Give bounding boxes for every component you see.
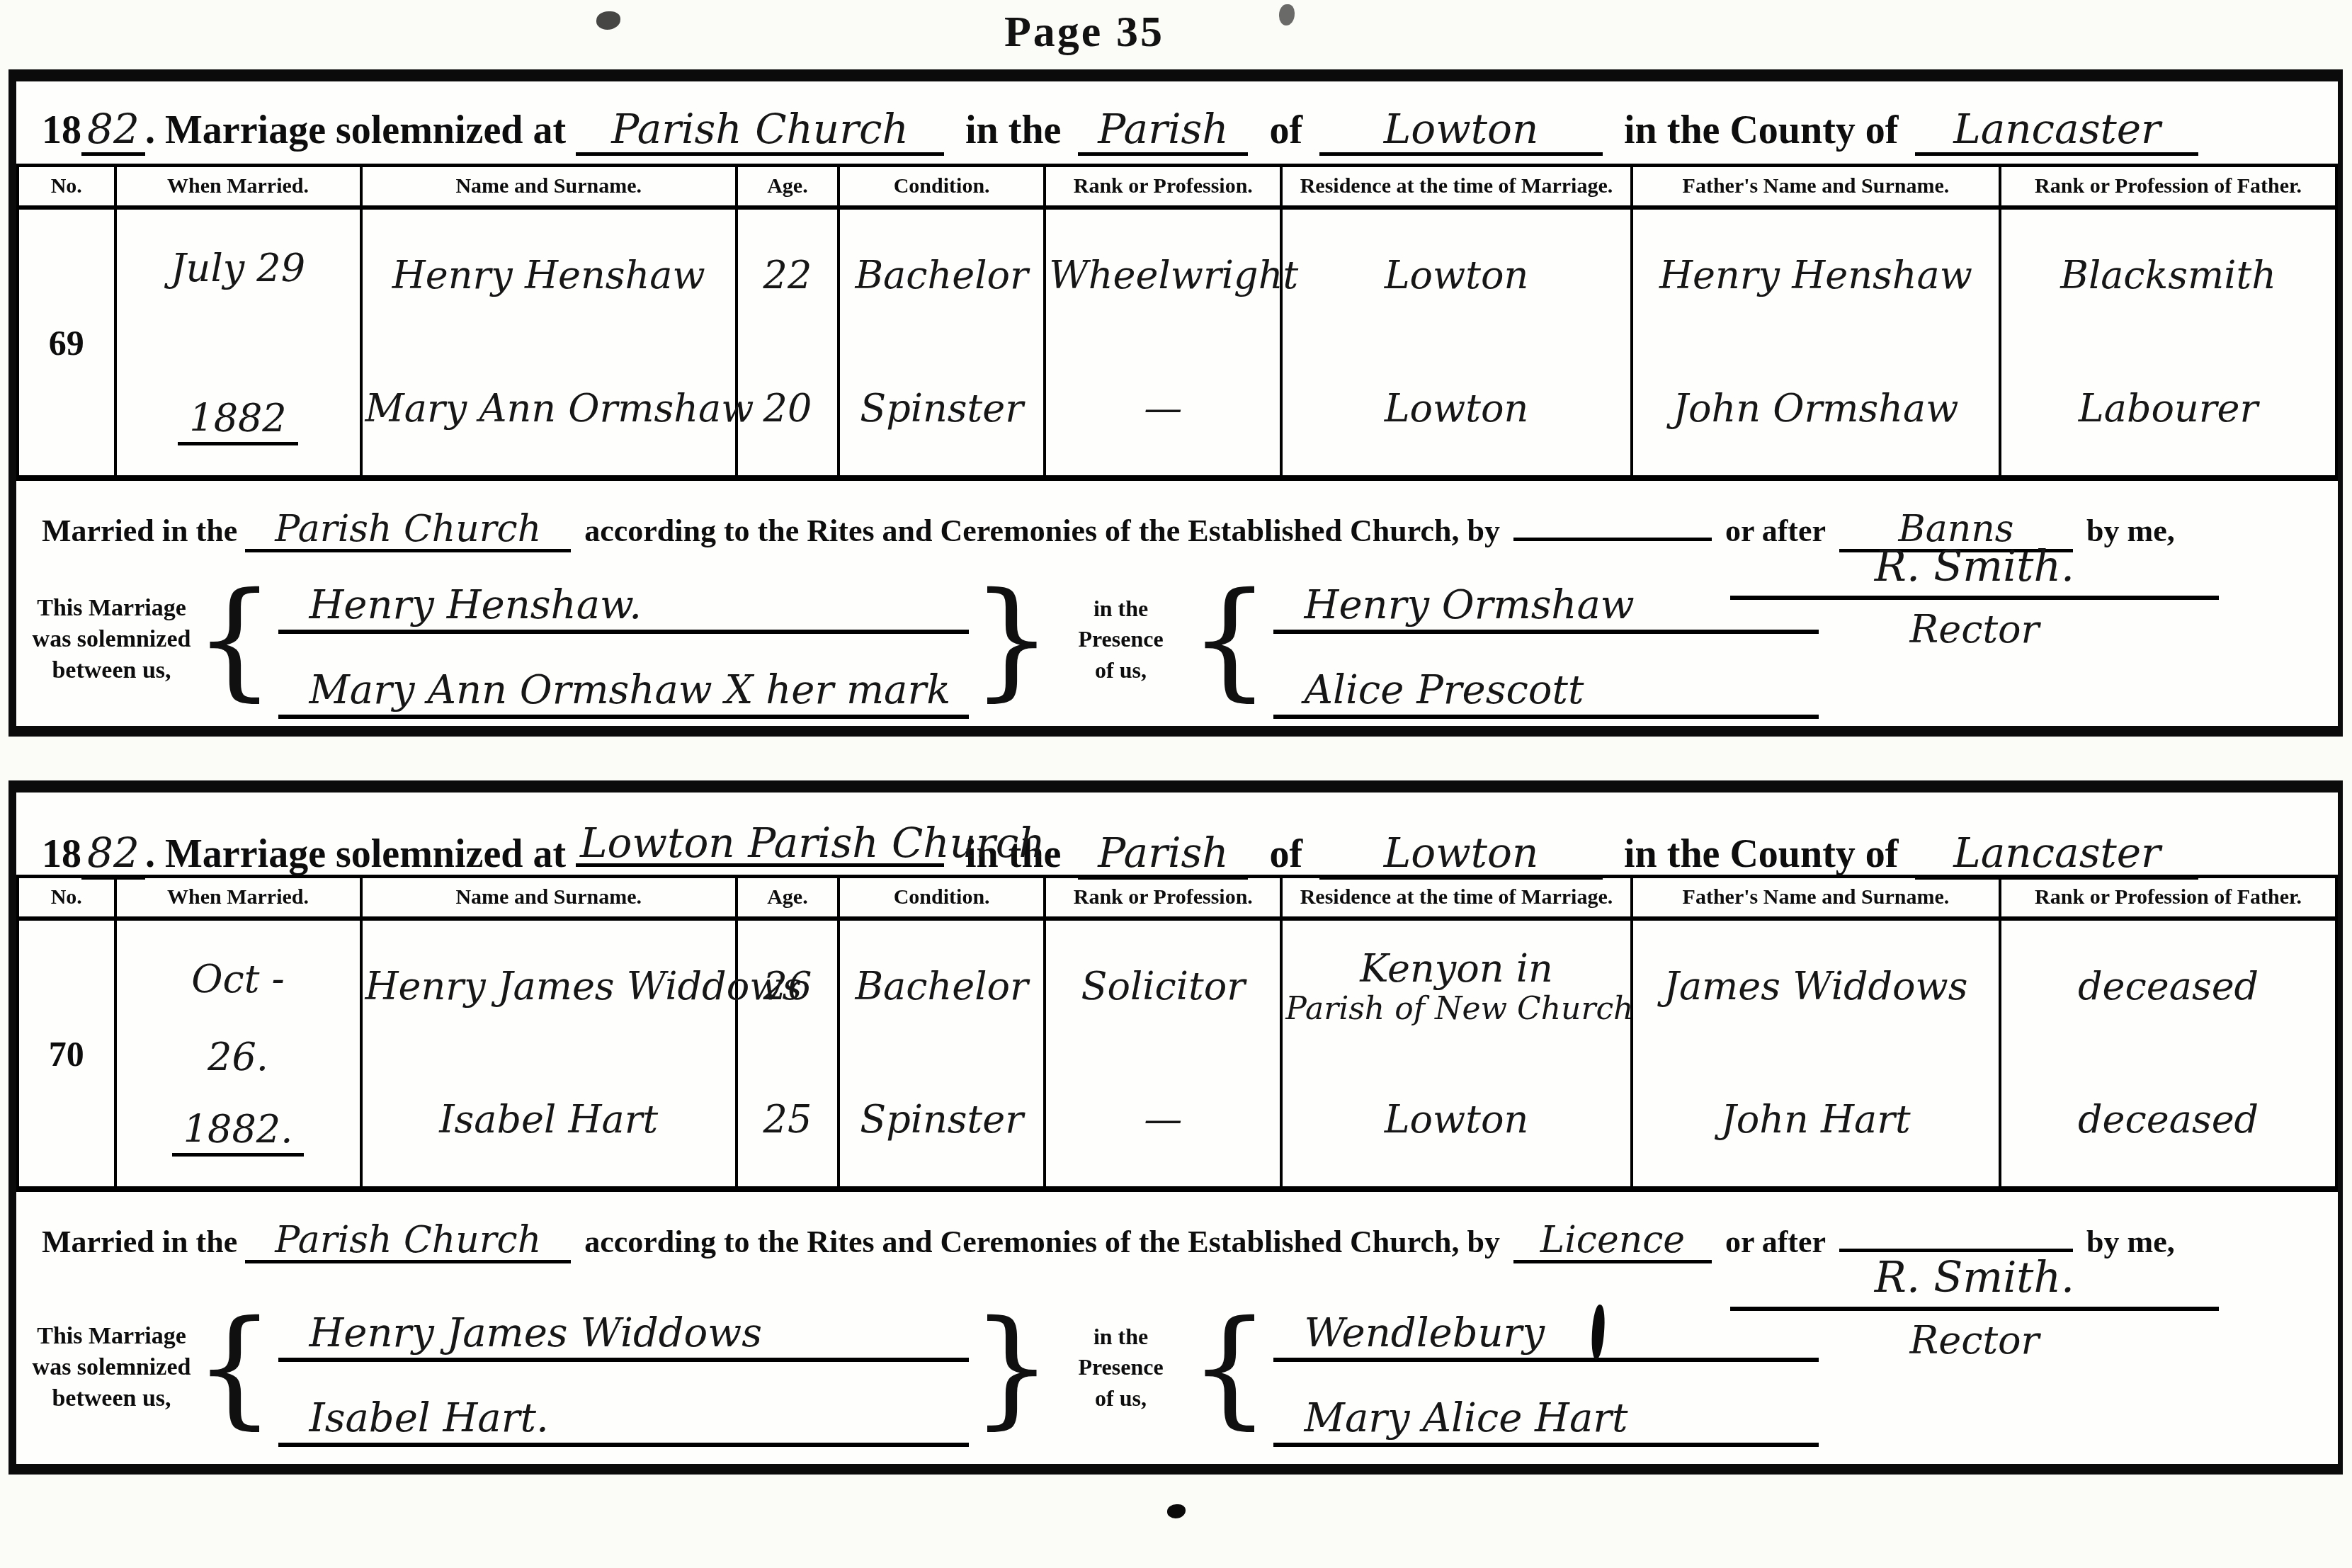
county-fill-line: Lancaster [1915, 829, 2198, 880]
groom-name: Henry James Widdows [365, 964, 802, 1009]
married-place-handwritten: Parish Church [275, 1219, 541, 1261]
married-place-fill: Parish Church [245, 1220, 571, 1263]
register-table: No. When Married. Name and Surname. Age.… [16, 164, 2338, 475]
by-fill: Licence [1513, 1220, 1712, 1263]
of-label: of [1269, 108, 1302, 152]
bride-name-cell: Isabel Hart [361, 1052, 737, 1186]
year-fill-line: 82 [81, 106, 145, 156]
witness-signature-2: Mary Alice Hart [1305, 1395, 1628, 1441]
groom-profession-cell: Solicitor [1045, 919, 1281, 1052]
bride-condition-cell: Spinster [839, 1052, 1045, 1186]
county-label: in the County of [1624, 832, 1898, 876]
marriage-date-line1: July 29 [171, 246, 305, 290]
presence-label-line2: Presence [1055, 1352, 1186, 1382]
married-place-handwritten: Parish Church [275, 508, 541, 550]
column-header-row: No. When Married. Name and Surname. Age.… [18, 166, 2336, 208]
marriage-date-year: 1882. [172, 1107, 305, 1157]
county-handwritten: Lancaster [1953, 105, 2161, 153]
presence-label-line1: in the [1055, 593, 1186, 624]
presence-label-line1: in the [1055, 1322, 1186, 1352]
bride-row: Mary Ann Ormshaw 20 Spinster — Lowton Jo… [18, 341, 2336, 475]
ink-blot [1279, 4, 1295, 25]
bride-name: Isabel Hart [439, 1097, 658, 1142]
col-rank-profession: Rank or Profession. [1045, 166, 1281, 208]
groom-condition: Bachelor [855, 964, 1028, 1009]
couple-signatures: Henry James Widdows Isabel Hart. [278, 1288, 969, 1447]
parish-name-handwritten: Lowton [1384, 829, 1539, 877]
col-father-name: Father's Name and Surname. [1632, 166, 2001, 208]
groom-name-cell: Henry James Widdows [361, 919, 737, 1052]
bride-father-profession: Labourer [2079, 386, 2259, 431]
bride-residence-cell: Lowton [1281, 341, 1631, 475]
solemn-label-line2: was solemnized [32, 1352, 191, 1383]
witness-open-brace [1189, 1314, 1271, 1422]
groom-residence-line1: Lowton [1285, 253, 1627, 297]
by-value: Licence [1540, 1219, 1685, 1261]
signature-line: Mary Ann Ormshaw X her mark [278, 645, 969, 719]
groom-age: 22 [763, 253, 812, 297]
col-residence: Residence at the time of Marriage. [1281, 877, 1631, 919]
bride-residence: Lowton [1385, 386, 1529, 431]
married-in-label: Married in the [42, 1225, 237, 1259]
col-father-name: Father's Name and Surname. [1632, 877, 2001, 919]
county-label: in the County of [1624, 108, 1898, 152]
bride-father-name: John Ormshaw [1673, 386, 1958, 431]
bride-condition-cell: Spinster [839, 341, 1045, 475]
solemnized-at-label: . Marriage solemnized at [145, 832, 566, 876]
year-printed: 18 [42, 108, 81, 152]
col-name-surname: Name and Surname. [361, 166, 737, 208]
ceremony-section: Married in the Parish Church according t… [16, 1186, 2338, 1466]
bride-residence-cell: Lowton [1281, 1052, 1631, 1186]
groom-profession: Solicitor [1081, 964, 1246, 1009]
married-place-fill: Parish Church [245, 509, 571, 552]
bride-condition: Spinster [860, 386, 1023, 431]
col-age: Age. [737, 166, 839, 208]
bride-father-rank-cell: deceased [2000, 1052, 2336, 1186]
presence-label: in the Presence of us, [1055, 1322, 1186, 1414]
solemnized-between-label: This Marriage was solemnized between us, [32, 593, 191, 687]
bride-father-cell: John Ormshaw [1632, 341, 2001, 475]
col-age: Age. [737, 877, 839, 919]
church-handwritten: Lowton Parish Church [580, 819, 1045, 866]
bride-father-rank-cell: Labourer [2000, 341, 2336, 475]
signature-line: Henry James Widdows [278, 1288, 969, 1362]
county-handwritten: Lancaster [1953, 829, 2161, 877]
signature-line: Isabel Hart. [278, 1373, 969, 1447]
by-fill [1513, 498, 1712, 541]
col-father-rank: Rank or Profession of Father. [2000, 166, 2336, 208]
groom-condition-cell: Bachelor [839, 919, 1045, 1052]
witness-signature-1: Henry Ormshaw [1305, 582, 1635, 628]
signature-line: Mary Alice Hart [1273, 1373, 1819, 1447]
year-handwritten: 82 [87, 829, 140, 877]
groom-condition: Bachelor [855, 253, 1028, 297]
record-header: 1882. Marriage solemnized at Parish Chur… [16, 81, 2338, 164]
couple-signatures: Henry Henshaw. Mary Ann Ormshaw X her ma… [278, 560, 969, 719]
bride-age: 25 [763, 1097, 812, 1142]
ink-blot [596, 11, 620, 30]
signatures-row: This Marriage was solemnized between us,… [32, 560, 1819, 719]
church-fill-line: Parish Church [576, 106, 944, 156]
signature-line: Alice Prescott [1273, 645, 1819, 719]
presence-label-line2: Presence [1055, 624, 1186, 654]
register-table: No. When Married. Name and Surname. Age.… [16, 875, 2338, 1186]
marriage-date-year: 1882 [178, 396, 297, 445]
county-fill-line: Lancaster [1915, 106, 2198, 156]
groom-condition-cell: Bachelor [839, 208, 1045, 341]
groom-row: 70 Oct - 26. 1882. Henry James Widdows 2… [18, 919, 2336, 1052]
signatures-row: This Marriage was solemnized between us,… [32, 1288, 1819, 1447]
col-residence: Residence at the time of Marriage. [1281, 166, 1631, 208]
col-condition: Condition. [839, 877, 1045, 919]
col-condition: Condition. [839, 166, 1045, 208]
col-no: No. [18, 877, 115, 919]
year-fill-line: 82 [81, 829, 145, 880]
solemn-label-line1: This Marriage [32, 593, 191, 624]
rites-label: according to the Rites and Ceremonies of… [584, 513, 1500, 548]
bride-signature: Mary Ann Ormshaw X her mark [309, 667, 951, 713]
signature-line: Wendlebury [1273, 1288, 1819, 1362]
groom-age-cell: 22 [737, 208, 839, 341]
solemnized-between-label: This Marriage was solemnized between us, [32, 1321, 191, 1415]
ink-blot [1167, 1504, 1186, 1518]
parish-name-fill-line: Lowton [1319, 106, 1603, 156]
groom-row: 69 July 29 1882 Henry Henshaw 22 Bachelo… [18, 208, 2336, 341]
groom-father-profession: deceased [2078, 964, 2259, 1009]
in-the-label: in the [965, 108, 1061, 152]
parish-handwritten: Parish [1098, 829, 1228, 877]
groom-residence-line1: Kenyon in [1285, 946, 1627, 991]
entry-number-cell: 69 [18, 208, 115, 475]
bride-signature: Isabel Hart. [309, 1395, 549, 1441]
open-brace [194, 586, 275, 694]
parish-name-handwritten: Lowton [1384, 105, 1539, 153]
col-no: No. [18, 166, 115, 208]
parish-fill-line: Parish [1078, 106, 1248, 156]
solemn-label-line3: between us, [32, 655, 191, 686]
presence-label-line3: of us, [1055, 655, 1186, 686]
church-handwritten: Parish Church [611, 105, 908, 153]
groom-father-cell: Henry Henshaw [1632, 208, 2001, 341]
bride-row: Isabel Hart 25 Spinster — Lowton John Ha… [18, 1052, 2336, 1186]
groom-name-cell: Henry Henshaw [361, 208, 737, 341]
col-when-married: When Married. [115, 877, 361, 919]
entry-number: 70 [49, 1034, 84, 1074]
groom-residence-line2: Parish of New Church [1285, 991, 1627, 1027]
groom-signature: Henry Henshaw. [309, 582, 642, 628]
when-married-cell: Oct - 26. 1882. [115, 919, 361, 1186]
groom-profession: Wheelwright [1049, 253, 1298, 297]
col-name-surname: Name and Surname. [361, 877, 737, 919]
witness-open-brace [1189, 586, 1271, 694]
signature-line: Henry Henshaw. [278, 560, 969, 634]
groom-father-rank-cell: deceased [2000, 919, 2336, 1052]
bride-condition: Spinster [860, 1097, 1023, 1142]
parish-handwritten: Parish [1098, 105, 1228, 153]
marriage-date-line1: Oct - [191, 957, 285, 1001]
bride-father-cell: John Hart [1632, 1052, 2001, 1186]
bride-residence: Lowton [1385, 1097, 1529, 1142]
bride-name-cell: Mary Ann Ormshaw [361, 341, 737, 475]
groom-signature: Henry James Widdows [309, 1310, 762, 1356]
column-header-row: No. When Married. Name and Surname. Age.… [18, 877, 2336, 919]
ceremony-section: Married in the Parish Church according t… [16, 475, 2338, 728]
page-number-label: Page 35 [1004, 7, 1164, 57]
presence-label: in the Presence of us, [1055, 593, 1186, 686]
solemn-label-line3: between us, [32, 1383, 191, 1414]
solemnized-at-label: . Marriage solemnized at [145, 108, 566, 152]
open-brace [194, 1314, 275, 1422]
bride-age: 20 [763, 386, 812, 431]
groom-father-rank-cell: Blacksmith [2000, 208, 2336, 341]
col-rank-profession: Rank or Profession. [1045, 877, 1281, 919]
solemn-label-line2: was solemnized [32, 624, 191, 655]
groom-father-cell: James Widdows [1632, 919, 2001, 1052]
marriage-record-69: 1882. Marriage solemnized at Parish Chur… [8, 69, 2343, 737]
parish-name-fill-line: Lowton [1319, 829, 1603, 880]
bride-name: Mary Ann Ormshaw [365, 386, 754, 431]
groom-age: 26 [763, 964, 812, 1009]
church-fill-line: Lowton Parish Church [576, 817, 944, 867]
witness-signatures: Henry Ormshaw Alice Prescott [1273, 560, 1819, 719]
signature-line: Henry Ormshaw [1273, 560, 1819, 634]
bride-profession-cell: — [1045, 1052, 1281, 1186]
bride-profession-cell: — [1045, 341, 1281, 475]
parish-fill-line: Parish [1078, 829, 1248, 880]
marriage-date-line2: 26. [208, 1035, 268, 1079]
groom-father-profession: Blacksmith [2060, 253, 2276, 297]
year-handwritten: 82 [87, 105, 140, 153]
groom-residence-cell: Lowton [1281, 208, 1631, 341]
entry-number: 69 [49, 323, 84, 363]
bride-age-cell: 25 [737, 1052, 839, 1186]
close-brace [972, 586, 1053, 694]
entry-number-cell: 70 [18, 919, 115, 1186]
bride-father-profession: deceased [2078, 1097, 2259, 1142]
solemn-label-line1: This Marriage [32, 1321, 191, 1352]
when-married-cell: July 29 1882 [115, 208, 361, 475]
col-when-married: When Married. [115, 166, 361, 208]
record-header: 1882. Marriage solemnized at Lowton Pari… [16, 792, 2338, 875]
groom-name: Henry Henshaw [392, 253, 705, 297]
of-label: of [1269, 832, 1302, 876]
groom-residence-cell: Kenyon in Parish of New Church [1281, 919, 1631, 1052]
year-printed: 18 [42, 832, 81, 876]
rites-label: according to the Rites and Ceremonies of… [584, 1225, 1500, 1259]
groom-father-name: James Widdows [1664, 964, 1967, 1009]
witness-signatures: Wendlebury Mary Alice Hart [1273, 1288, 1819, 1447]
bride-profession: — [1144, 1097, 1182, 1142]
witness-signature-2: Alice Prescott [1305, 667, 1584, 713]
groom-father-name: Henry Henshaw [1659, 253, 1972, 297]
groom-profession-cell: Wheelwright [1045, 208, 1281, 341]
marriage-record-70: 1882. Marriage solemnized at Lowton Pari… [8, 780, 2343, 1475]
bride-father-name: John Hart [1721, 1097, 1911, 1142]
col-father-rank: Rank or Profession of Father. [2000, 877, 2336, 919]
after-fill [1839, 1209, 2073, 1252]
married-in-label: Married in the [42, 513, 237, 548]
bride-profession: — [1144, 386, 1182, 431]
presence-label-line3: of us, [1055, 1383, 1186, 1414]
close-brace [972, 1314, 1053, 1422]
witness-signature-1: Wendlebury [1305, 1310, 1545, 1356]
